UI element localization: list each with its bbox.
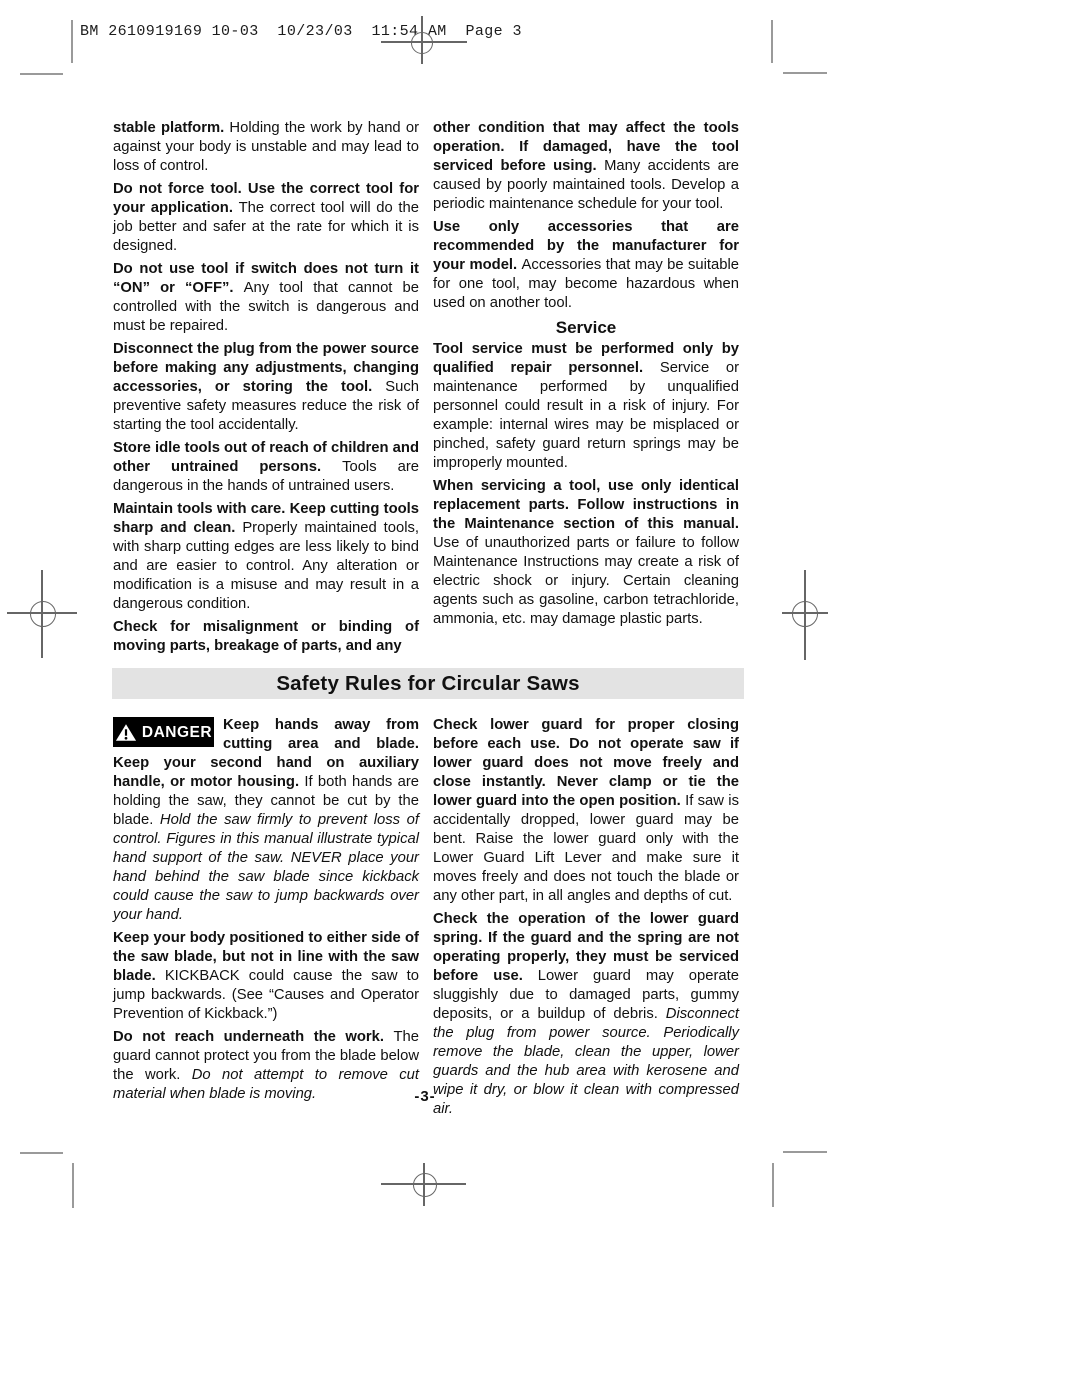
circular-saw-left-column: DANGER Keep hands away from cutting area… (113, 716, 419, 1108)
crop-mark-top-right-vertical (771, 20, 773, 63)
paragraph: Keep your body positioned to either side… (113, 929, 419, 1024)
text-run: stable platform. (113, 120, 229, 136)
danger-badge: DANGER (113, 717, 214, 747)
crop-mark-top-right-horizontal (783, 72, 827, 74)
text-run: Service or maintenance performed by unqu… (433, 360, 739, 471)
paragraph: other condition that may affect the tool… (433, 119, 739, 214)
paragraph: Disconnect the plug from the power sourc… (113, 340, 419, 435)
paragraph: Check for misalignment or binding of mov… (113, 618, 419, 656)
paragraph: Check lower guard for proper closing bef… (433, 716, 739, 906)
paragraph: Store idle tools out of reach of childre… (113, 439, 419, 496)
text-run: Use of unauthorized parts or failure to … (433, 535, 739, 627)
paragraph: Do not force tool. Use the correct tool … (113, 180, 419, 256)
paragraph: stable platform. Holding the work by han… (113, 119, 419, 176)
text-run: Do not reach underneath the work. (113, 1029, 394, 1045)
general-safety-left-column: stable platform. Holding the work by han… (113, 119, 419, 660)
text-run: When servicing a tool, use only identica… (433, 478, 739, 532)
text-run: Disconnect the plug from the power sourc… (113, 341, 419, 395)
crop-mark-top-left-vertical (71, 20, 73, 63)
manual-page: BM 2610919169 10-03 10/23/03 11:54 AM Pa… (0, 0, 1080, 1397)
crop-mark-top-left-horizontal (20, 73, 63, 75)
crop-mark-bottom-left-horizontal (20, 1152, 63, 1154)
section-title: Safety Rules for Circular Saws (276, 672, 579, 696)
text-run: If saw is accidentally dropped, lower gu… (433, 793, 739, 904)
warning-triangle-icon (115, 723, 137, 742)
paragraph: Tool service must be performed only by q… (433, 340, 739, 473)
paragraph-with-danger-badge: DANGER Keep hands away from cutting area… (113, 716, 419, 925)
paragraph: Use only accessories that are recom­mend… (433, 218, 739, 313)
service-paragraphs: Tool service must be performed only by q… (433, 340, 739, 629)
crop-mark-bottom-right-vertical (772, 1163, 774, 1207)
crop-mark-bottom-right-horizontal (783, 1151, 827, 1153)
crop-mark-bottom-left-vertical (72, 1163, 74, 1208)
circular-saw-right-column: Check lower guard for proper closing bef… (433, 716, 739, 1123)
text-run: Check for misalignment or binding of mov… (113, 619, 419, 654)
paragraph: Maintain tools with care. Keep cutting t… (113, 500, 419, 614)
general-safety-right-column: other condition that may affect the tool… (433, 119, 739, 633)
danger-label: DANGER (142, 723, 212, 742)
proof-header-text: BM 2610919169 10-03 10/23/03 11:54 AM Pa… (80, 23, 522, 40)
text-run: Hold the saw firmly to prevent loss of c… (113, 812, 419, 923)
page-number: -3- (113, 1088, 737, 1105)
service-heading: Service (433, 318, 739, 337)
paragraph: Do not use tool if switch does not turn … (113, 260, 419, 336)
paragraph: When servicing a tool, use only identica… (433, 477, 739, 629)
circular-saw-left-paragraphs: Keep your body positioned to either side… (113, 929, 419, 1104)
section-title-bar: Safety Rules for Circular Saws (112, 668, 744, 699)
general-safety-right-top: other condition that may affect the tool… (433, 119, 739, 313)
